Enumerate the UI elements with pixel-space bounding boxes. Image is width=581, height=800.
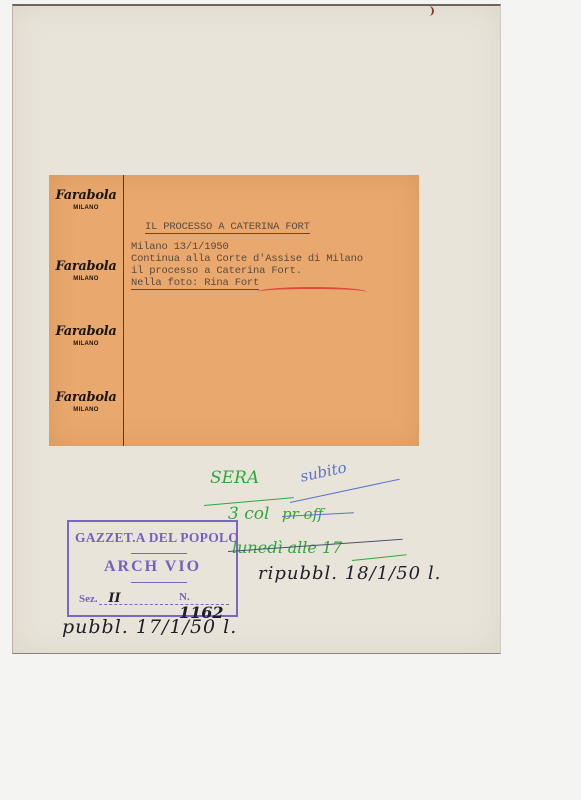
caption-line: il processo a Caterina Fort. (131, 265, 302, 277)
stamp-n-label: N. (179, 591, 190, 603)
brand-name: Farabola (49, 390, 123, 405)
stamp-archive: ARCH VIO (69, 558, 236, 576)
brand-city: MILANO (49, 205, 123, 211)
brand-stamp: Farabola MILANO (49, 324, 123, 347)
note-sera: SERA (210, 468, 259, 488)
label-divider (123, 175, 124, 446)
brand-stamp: Farabola MILANO (49, 390, 123, 413)
caption-line: Continua alla Corte d'Assise di Milano (131, 253, 363, 265)
brand-name: Farabola (49, 324, 123, 339)
red-pencil-underline (257, 287, 367, 297)
archive-stamp: GAZZET.A DEL POPOLO ARCH VIO Sez. II N. … (67, 520, 238, 617)
brand-city: MILANO (49, 407, 123, 413)
corner-mark (420, 6, 434, 16)
brand-name: Farabola (49, 188, 123, 203)
note-ripubbl: ripubbl. 18/1/50 l. (258, 563, 441, 584)
brand-stamp: Farabola MILANO (49, 188, 123, 211)
brand-stamp: Farabola MILANO (49, 259, 123, 282)
note-3col: 3 col (228, 504, 269, 524)
stamp-publication: GAZZET.A DEL POPOLO (75, 530, 239, 546)
stamp-rule (131, 582, 187, 583)
brand-city: MILANO (49, 341, 123, 347)
caption-title: IL PROCESSO A CATERINA FORT (145, 221, 310, 234)
caption-subject: Nella foto: Rina Fort (131, 277, 259, 290)
stamp-sez-label: Sez. (79, 593, 98, 605)
caption-line-date: Milano 13/1/1950 (131, 241, 229, 253)
agency-caption-label: Farabola MILANO Farabola MILANO Farabola… (49, 175, 419, 446)
brand-city: MILANO (49, 276, 123, 282)
stamp-dotted-line (99, 604, 229, 605)
note-pubbl: pubbl. 17/1/50 l. (62, 616, 237, 638)
brand-name: Farabola (49, 259, 123, 274)
stamp-rule (131, 553, 187, 554)
